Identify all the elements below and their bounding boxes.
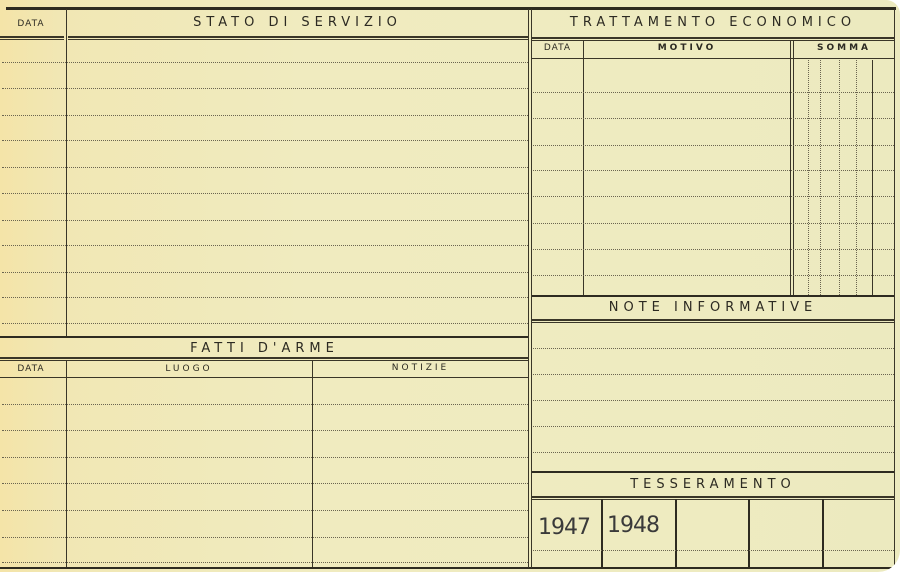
entry-line[interactable] <box>533 426 894 427</box>
entry-line[interactable] <box>533 452 894 453</box>
stato-header-rule <box>0 36 64 38</box>
somma-subcol <box>856 60 857 295</box>
entry-line[interactable] <box>2 562 528 563</box>
entry-line[interactable] <box>2 483 528 484</box>
trattamento-bottom-rule <box>532 295 894 297</box>
trattamento-subheader-rule <box>532 58 894 59</box>
entry-line[interactable] <box>2 430 528 431</box>
entry-line[interactable] <box>2 115 528 116</box>
entry-line[interactable] <box>2 88 528 89</box>
bottom-rule <box>0 567 894 569</box>
entry-line[interactable] <box>2 245 528 246</box>
entry-line[interactable] <box>533 223 894 224</box>
entry-line[interactable] <box>2 297 528 298</box>
somma-subcol <box>808 60 809 295</box>
tessera-year-2[interactable]: 1948 <box>607 513 659 538</box>
entry-line[interactable] <box>2 537 528 538</box>
stato-col-divider <box>66 9 67 336</box>
right-edge-line <box>894 9 895 569</box>
fatti-title-rule <box>0 357 529 359</box>
tessera-divider <box>748 499 750 567</box>
tesseramento-title-rule <box>532 496 894 498</box>
entry-line[interactable] <box>2 510 528 511</box>
trattamento-col-divider-1 <box>583 40 584 295</box>
somma-subcol <box>820 60 821 295</box>
entry-line[interactable] <box>533 249 894 250</box>
top-rule <box>6 7 896 10</box>
entry-line[interactable] <box>533 92 894 93</box>
entry-line[interactable] <box>2 62 528 63</box>
entry-line[interactable] <box>533 145 894 146</box>
entry-line[interactable] <box>2 140 528 141</box>
tessera-divider <box>601 499 603 567</box>
trattamento-title-rule <box>532 37 894 39</box>
entry-line[interactable] <box>2 220 528 221</box>
entry-line[interactable] <box>533 374 894 375</box>
entry-line[interactable] <box>533 400 894 401</box>
entry-line[interactable] <box>2 457 528 458</box>
fatti-col-divider-1 <box>66 360 67 567</box>
fatti-col-data: DATA <box>0 364 62 374</box>
trattamento-col-divider-2b <box>793 40 794 295</box>
tessera-year-1[interactable]: 1947 <box>538 515 590 540</box>
fatti-col-notizie: NOTIZIE <box>312 363 529 373</box>
entry-line[interactable] <box>2 272 528 273</box>
main-divider-left <box>528 9 529 568</box>
entry-line[interactable] <box>2 167 528 168</box>
note-bottom-rule <box>532 471 894 473</box>
trattamento-col-data: DATA <box>532 43 583 53</box>
tessera-divider <box>822 499 824 567</box>
stato-servizio-col-data: DATA <box>0 19 62 29</box>
stato-bottom-rule <box>0 336 529 338</box>
stato-header-rule-main <box>68 36 528 38</box>
somma-subcol <box>839 60 840 295</box>
entry-line[interactable] <box>533 196 894 197</box>
tesseramento-title: TESSERAMENTO <box>532 477 894 492</box>
fatti-col-divider-2 <box>312 360 313 567</box>
somma-subcol-solid <box>872 60 873 295</box>
tessera-baseline <box>533 550 894 551</box>
stato-servizio-title: STATO DI SERVIZIO <box>66 15 529 30</box>
trattamento-col-motivo: MOTIVO <box>583 43 791 53</box>
fatti-subheader-rule <box>0 377 529 378</box>
note-title-rule <box>532 319 894 321</box>
note-informative-title: NOTE INFORMATIVE <box>532 300 894 315</box>
entry-line[interactable] <box>533 275 894 276</box>
fatti-col-luogo: LUOGO <box>66 364 312 374</box>
entry-line[interactable] <box>2 323 528 324</box>
trattamento-col-divider-2a <box>790 40 791 295</box>
record-card: DATA STATO DI SERVIZIO FATTI D'ARME <box>0 0 900 572</box>
entry-line[interactable] <box>2 404 528 405</box>
trattamento-col-somma: SOMMA <box>794 43 894 53</box>
tessera-divider <box>675 499 677 567</box>
trattamento-title: TRATTAMENTO ECONOMICO <box>532 15 894 30</box>
entry-line[interactable] <box>2 193 528 194</box>
fatti-arme-title: FATTI D'ARME <box>0 341 529 356</box>
entry-line[interactable] <box>533 348 894 349</box>
entry-line[interactable] <box>533 170 894 171</box>
entry-line[interactable] <box>533 118 894 119</box>
